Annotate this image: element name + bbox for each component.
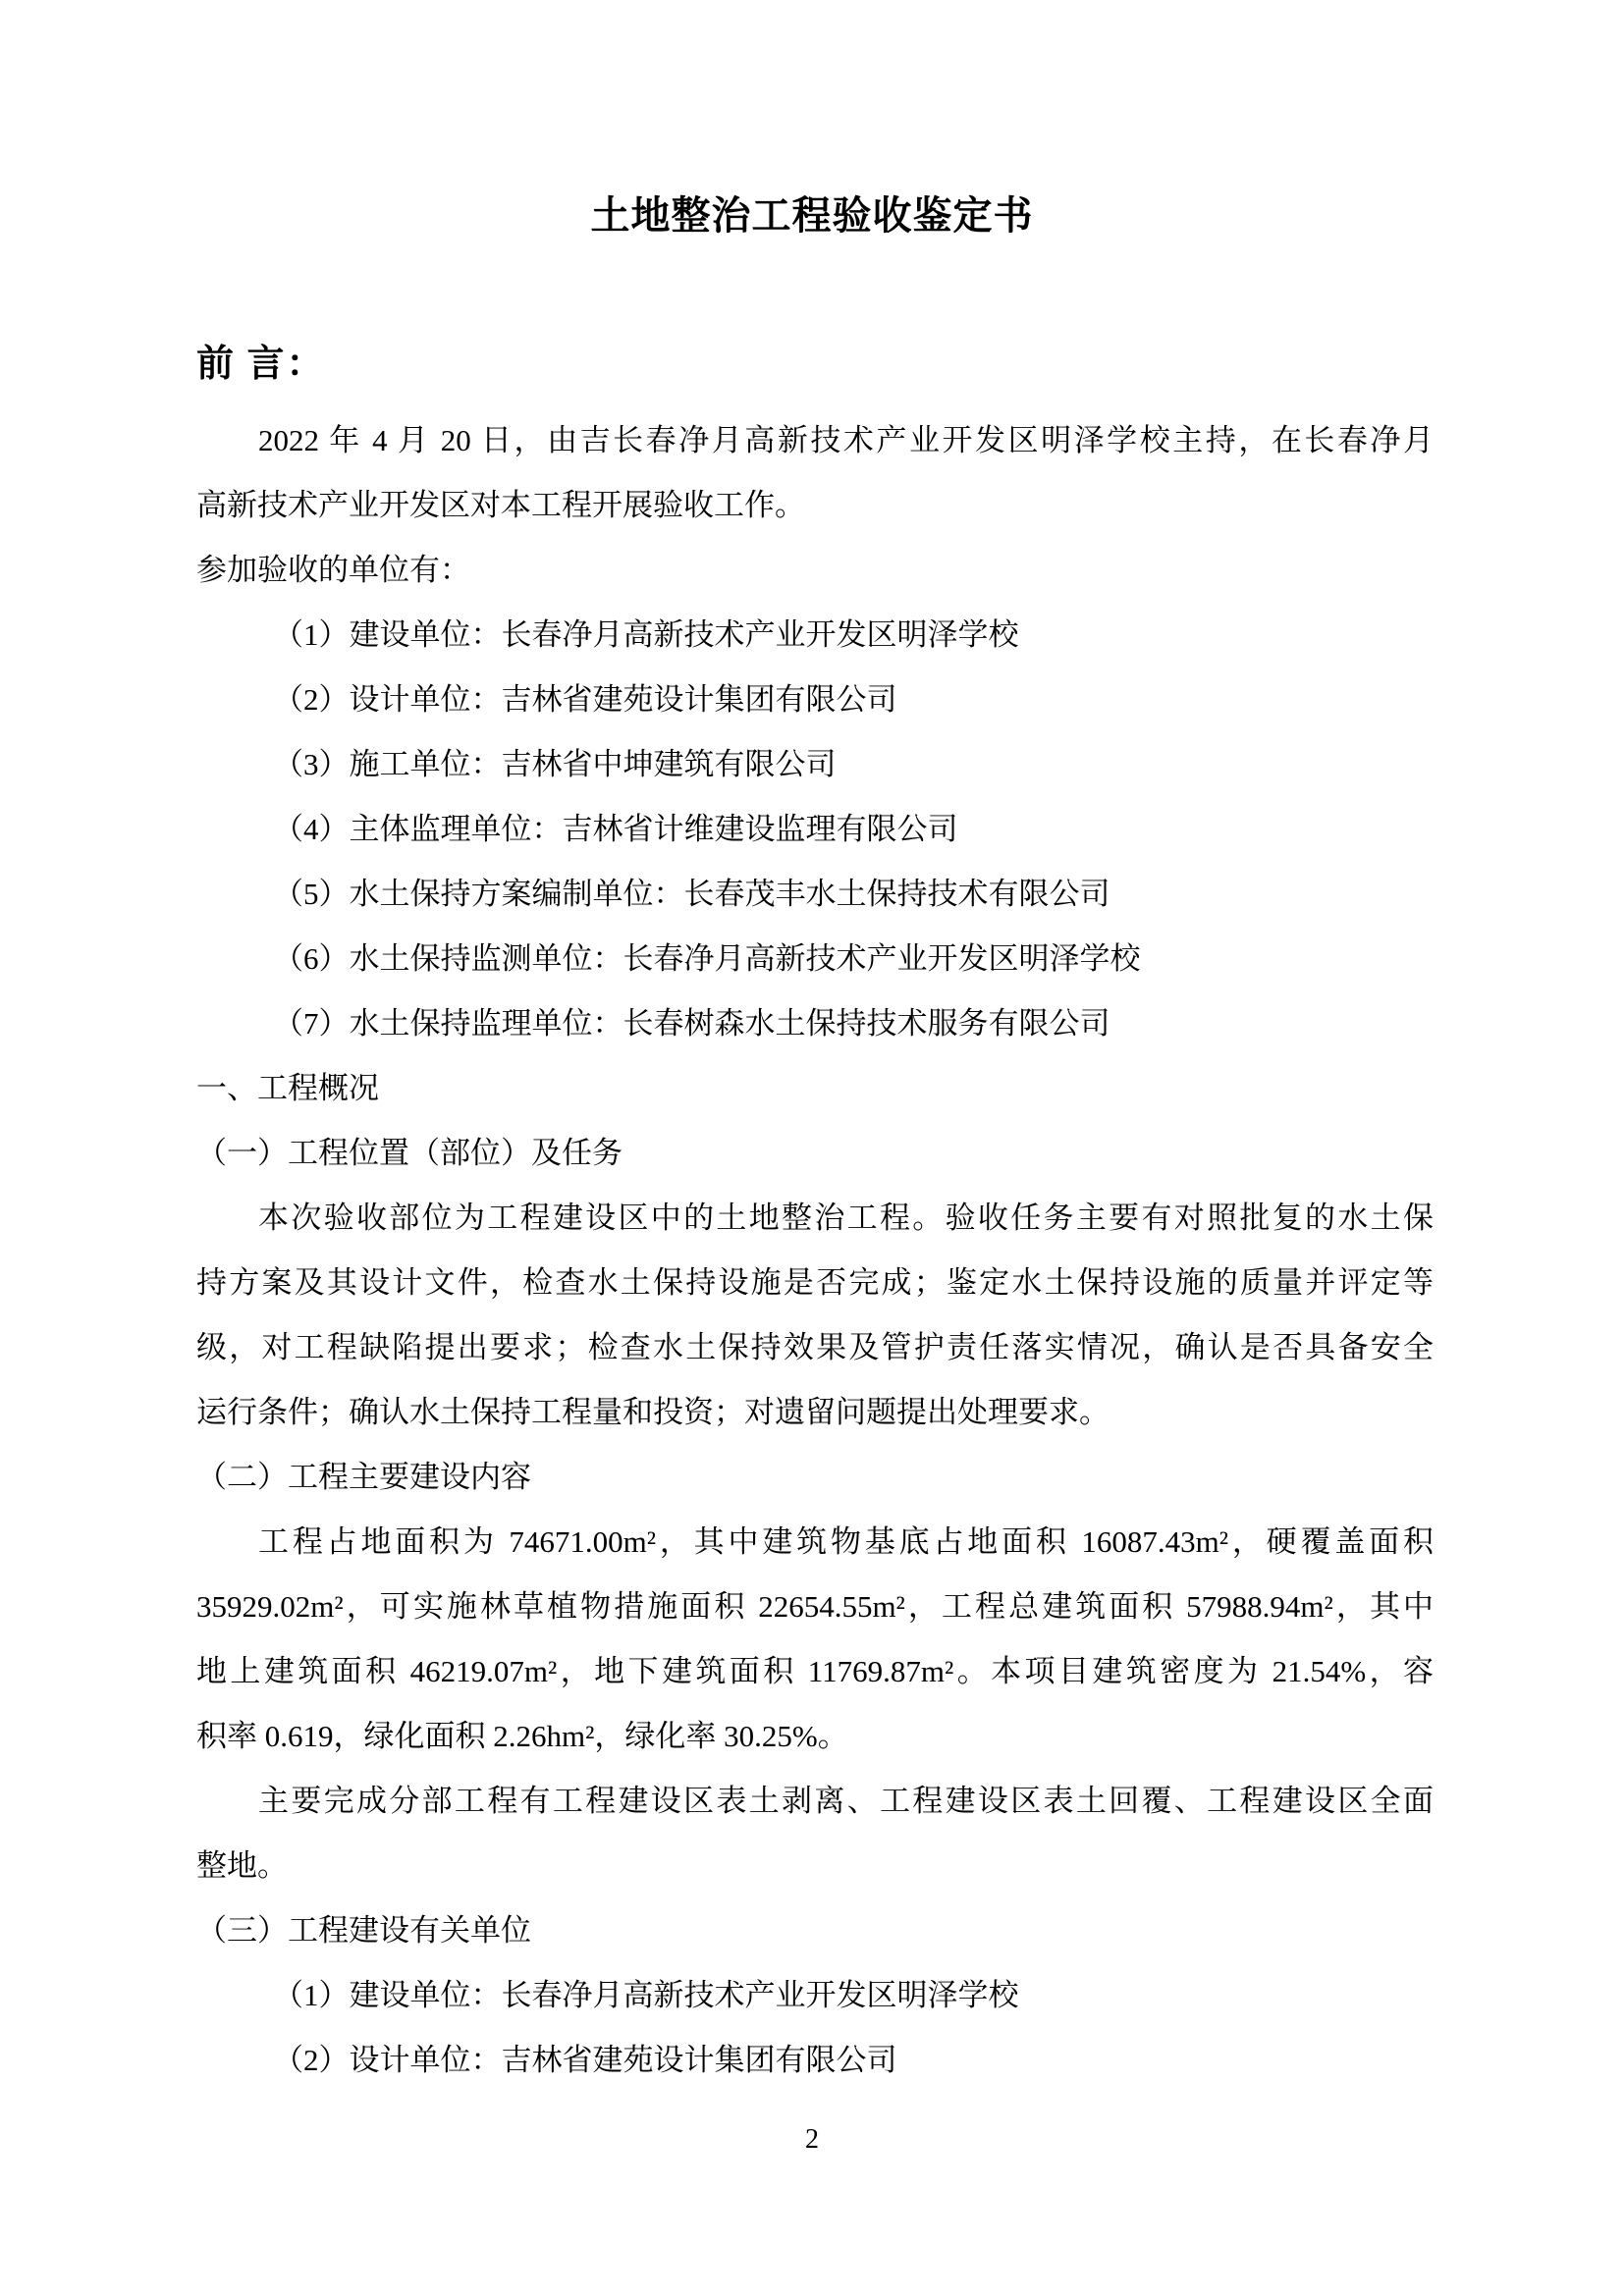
paragraph-line: 持方案及其设计文件，检查水土保持设施是否完成；鉴定水土保持设施的质量并评定等 — [196, 1251, 1434, 1315]
section-heading: 一、工程概况 — [196, 1056, 1434, 1121]
subsection-heading: （二）工程主要建设内容 — [196, 1445, 1434, 1510]
list-item: （5）水土保持方案编制单位：长春茂丰水土保持技术有限公司 — [196, 862, 1434, 927]
list-item: （1）建设单位：长春净月高新技术产业开发区明泽学校 — [196, 603, 1434, 667]
paragraph-line: 运行条件；确认水土保持工程量和投资；对遗留问题提出处理要求。 — [196, 1380, 1434, 1445]
paragraph-line: 主要完成分部工程有工程建设区表土剥离、工程建设区表土回覆、工程建设区全面 — [196, 1769, 1434, 1834]
list-item: （4）主体监理单位：吉林省计维建设监理有限公司 — [196, 797, 1434, 862]
list-item: （1）建设单位：长春净月高新技术产业开发区明泽学校 — [196, 1963, 1434, 2028]
list-item: （7）水土保持监理单位：长春树森水土保持技术服务有限公司 — [196, 991, 1434, 1056]
paragraph-line: 高新技术产业开发区对本工程开展验收工作。 — [196, 473, 1434, 538]
subsection-heading: （三）工程建设有关单位 — [196, 1898, 1434, 1963]
subsection-heading: （一）工程位置（部位）及任务 — [196, 1121, 1434, 1186]
list-item: （6）水土保持监测单位：长春净月高新技术产业开发区明泽学校 — [196, 927, 1434, 991]
document-body: 2022 年 4 月 20 日，由吉长春净月高新技术产业开发区明泽学校主持，在长… — [196, 408, 1434, 2093]
document-title: 土地整治工程验收鉴定书 — [0, 188, 1624, 243]
preface-heading: 前 言： — [196, 340, 326, 389]
paragraph-line: 整地。 — [196, 1834, 1434, 1898]
paragraph-line: 地上建筑面积 46219.07m²，地下建筑面积 11769.87m²。本项目建… — [196, 1639, 1434, 1704]
paragraph-line: 2022 年 4 月 20 日，由吉长春净月高新技术产业开发区明泽学校主持，在长… — [196, 408, 1434, 473]
list-item: （2）设计单位：吉林省建苑设计集团有限公司 — [196, 667, 1434, 732]
intro-line: 参加验收的单位有： — [196, 538, 1434, 603]
list-item: （2）设计单位：吉林省建苑设计集团有限公司 — [196, 2028, 1434, 2093]
list-item: （3）施工单位：吉林省中坤建筑有限公司 — [196, 732, 1434, 797]
paragraph-line: 积率 0.619，绿化面积 2.26hm²，绿化率 30.25%。 — [196, 1704, 1434, 1769]
paragraph-line: 级，对工程缺陷提出要求；检查水土保持效果及管护责任落实情况，确认是否具备安全 — [196, 1315, 1434, 1380]
paragraph-line: 35929.02m²，可实施林草植物措施面积 22654.55m²，工程总建筑面… — [196, 1575, 1434, 1639]
page-number: 2 — [0, 2120, 1624, 2160]
paragraph-line: 本次验收部位为工程建设区中的土地整治工程。验收任务主要有对照批复的水土保 — [196, 1186, 1434, 1251]
document-page: 土地整治工程验收鉴定书 前 言： 2022 年 4 月 20 日，由吉长春净月高… — [0, 0, 1624, 2296]
paragraph-line: 工程占地面积为 74671.00m²，其中建筑物基底占地面积 16087.43m… — [196, 1510, 1434, 1575]
